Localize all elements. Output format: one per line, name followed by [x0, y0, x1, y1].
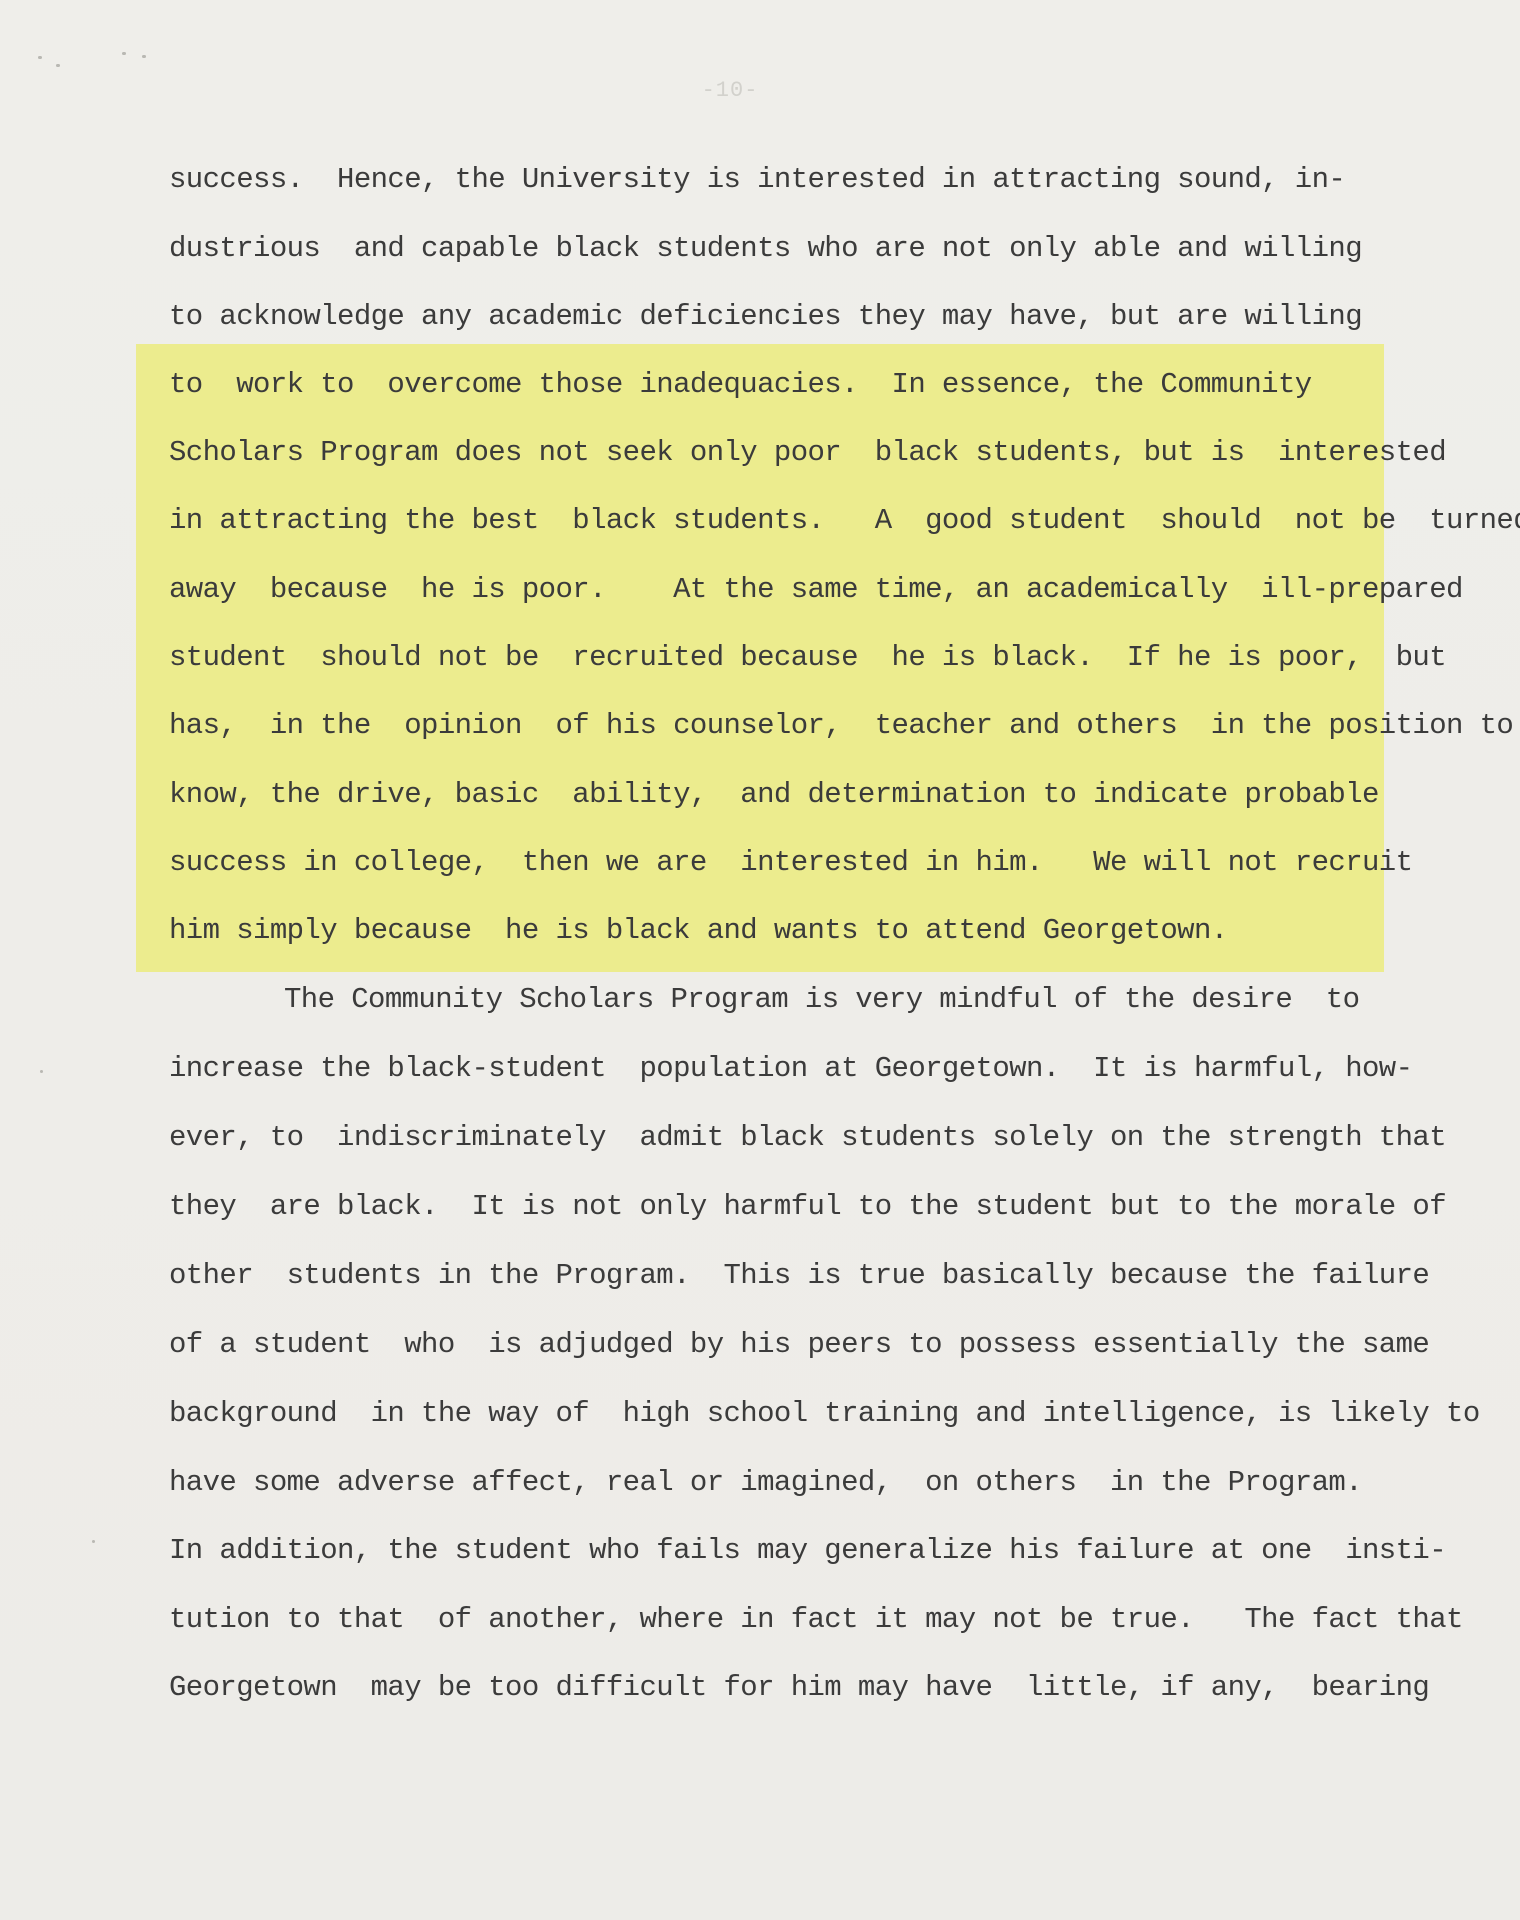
highlighted-text-line: him simply because he is black and wants…	[169, 913, 1228, 949]
text-line: ever, to indiscriminately admit black st…	[169, 1120, 1446, 1156]
highlighted-text-line: student should not be recruited because …	[169, 640, 1446, 676]
text-line: success. Hence, the University is intere…	[169, 162, 1345, 198]
body-text: success. Hence, the University is intere…	[0, 0, 1520, 1920]
text-line: other students in the Program. This is t…	[169, 1258, 1429, 1294]
text-line: tution to that of another, where in fact…	[169, 1602, 1463, 1638]
text-line: increase the black-student population at…	[169, 1051, 1412, 1087]
text-line: to acknowledge any academic deficiencies…	[169, 299, 1362, 335]
text-line: of a student who is adjudged by his peer…	[169, 1327, 1429, 1363]
text-line: they are black. It is not only harmful t…	[169, 1189, 1446, 1225]
highlighted-text-line: away because he is poor. At the same tim…	[169, 572, 1463, 608]
document-page: -10- success. Hence, the University is i…	[0, 0, 1520, 1920]
highlighted-text-line: know, the drive, basic ability, and dete…	[169, 777, 1379, 813]
highlighted-text-line: to work to overcome those inadequacies. …	[169, 367, 1312, 403]
text-line: have some adverse affect, real or imagin…	[169, 1465, 1362, 1501]
text-line: In addition, the student who fails may g…	[169, 1533, 1446, 1569]
text-line: The Community Scholars Program is very m…	[284, 982, 1359, 1018]
text-line: dustrious and capable black students who…	[169, 231, 1362, 267]
text-line: background in the way of high school tra…	[169, 1396, 1480, 1432]
text-line: Georgetown may be too difficult for him …	[169, 1670, 1429, 1706]
highlighted-text-line: in attracting the best black students. A…	[169, 503, 1520, 539]
highlighted-text-line: Scholars Program does not seek only poor…	[169, 435, 1446, 471]
highlighted-text-line: has, in the opinion of his counselor, te…	[169, 708, 1513, 744]
highlighted-text-line: success in college, then we are interest…	[169, 845, 1412, 881]
